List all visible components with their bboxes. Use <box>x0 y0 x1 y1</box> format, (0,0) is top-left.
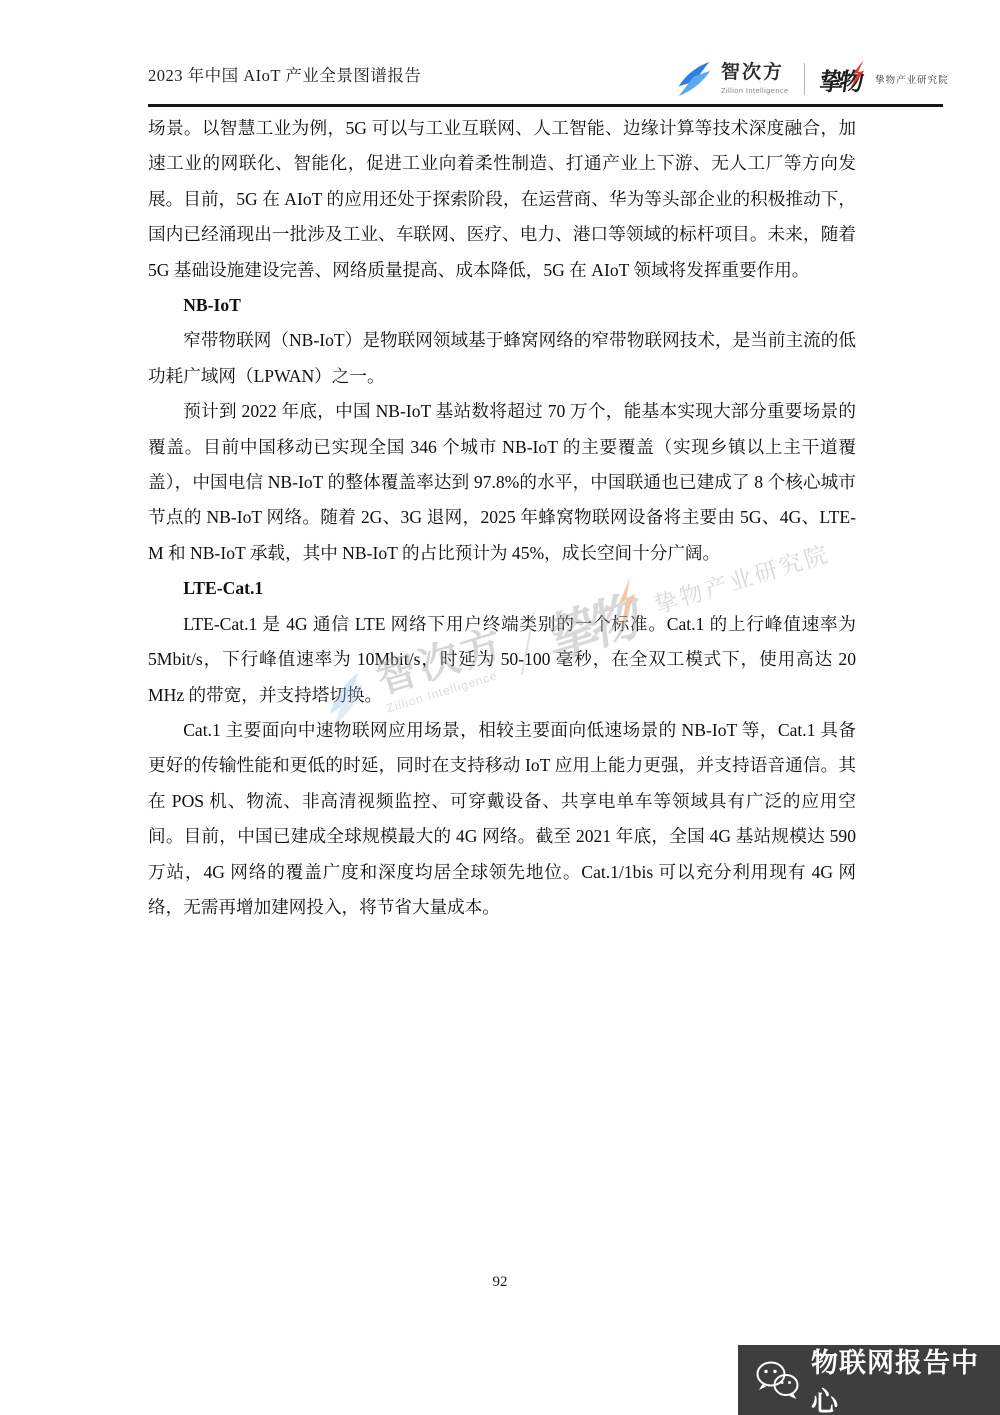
paragraph: 窄带物联网（NB-IoT）是物联网领域基于蜂窝网络的窄带物联网技术，是当前主流的… <box>148 323 856 394</box>
logo-divider <box>804 63 806 95</box>
section-heading: NB-IoT <box>148 288 856 323</box>
brand-name: 智次方 <box>721 63 789 83</box>
paragraph: Cat.1 主要面向中速物联网应用场景，相较主要面向低速场景的 NB-IoT 等… <box>148 713 856 925</box>
zillion-brand-text: 智次方 Zillion Intelligence <box>721 63 789 95</box>
header-rule <box>148 104 943 107</box>
paragraph: 场景。以智慧工业为例，5G 可以与工业互联网、人工智能、边缘计算等技术深度融合，… <box>148 111 856 288</box>
report-center-badge: 物联网报告中心 <box>738 1345 1000 1415</box>
lightning-icon <box>849 60 867 90</box>
paragraph: 预计到 2022 年底，中国 NB-IoT 基站数将超过 70 万个，能基本实现… <box>148 394 856 571</box>
page-title: 2023 年中国 AIoT 产业全景图谱报告 <box>148 62 421 86</box>
wechat-icon <box>753 1359 801 1401</box>
document-page: 2023 年中国 AIoT 产业全景图谱报告 智次方 Zillion Intel… <box>0 0 1000 1415</box>
header-logos: 智次方 Zillion Intelligence 挚物 挚物产业研究院 <box>676 56 949 102</box>
paragraph: LTE-Cat.1 是 4G 通信 LTE 网络下用户终端类别的一个标准。Cat… <box>148 607 856 713</box>
partner-label: 挚物产业研究院 <box>875 72 949 86</box>
badge-label: 物联网报告中心 <box>811 1341 1000 1415</box>
zhiwu-logo-icon: 挚物 <box>818 62 863 97</box>
zillion-logo-icon <box>676 59 712 99</box>
page-number: 92 <box>0 1274 1000 1291</box>
brand-subtitle: Zillion Intelligence <box>721 86 789 95</box>
section-heading: LTE-Cat.1 <box>148 571 856 606</box>
document-body: 场景。以智慧工业为例，5G 可以与工业互联网、人工智能、边缘计算等技术深度融合，… <box>148 111 856 925</box>
